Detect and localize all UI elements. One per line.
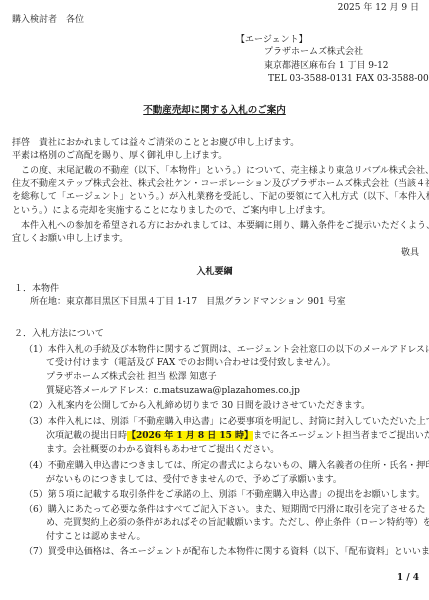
item-1-contact: プラザホームズ株式会社 担当 松澤 知恵子 xyxy=(46,372,217,383)
sender-contact: TEL 03-3588-0131 FAX 03-3588-0092 xyxy=(268,74,429,85)
item-5: （5）第５項に記載する取引条件をご承諾の上、別添「不動産購入申込書」の提出をお願… xyxy=(24,490,425,501)
addressee: 購入検討者 各位 xyxy=(12,15,84,26)
intro-paragraph-line-1: この度、末尾記載の不動産（以下、「本物件」という。）について、売主様より東急リバ… xyxy=(12,166,429,177)
item-1-line-2: て受け付けます（電話及び FAX でのお問い合わせは受付致しません）。 xyxy=(46,358,336,369)
submission-deadline-highlight: 【2026 年 1 月 8 日 15 時】 xyxy=(127,431,253,441)
item-6-line-2: め、売買契約上必須の条件があればその旨記載願います。ただし、停止条件（ローン特約… xyxy=(46,518,429,529)
item-3-line-3: ます。会社概要のわかる資料もあわせてご提出ください。 xyxy=(46,445,279,456)
item-3-line-2: 次項記載の提出日時【2026 年 1 月 8 日 15 時】までに各エージェント… xyxy=(46,431,429,442)
request-paragraph-line-1: 本件入札への参加を希望される方におかれましては、本要綱に則り、購入条件をご提示い… xyxy=(12,221,429,232)
section-2-heading: ２．入札方法について xyxy=(14,329,104,340)
item-3-line-2-pre: 次項記載の提出日時 xyxy=(46,431,127,441)
section-1-heading: １．本物件 xyxy=(14,284,59,295)
closing-keigu: 敬具 xyxy=(401,248,419,259)
item-3-line-2-post: までに各エージェント担当者までご提出いただき xyxy=(253,431,429,441)
letter-date: 2025 年 12 月 9 日 xyxy=(338,3,419,14)
property-location: 所在地：東京都目黒区下目黒４丁目 1-17 目黒グランドマンション 901 号室 xyxy=(30,297,346,308)
page-number: 1 / 4 xyxy=(397,573,419,584)
item-4-line-1: （4）不動産購入申込書につきましては、所定の書式によらないもの、購入名義者の住所… xyxy=(24,461,429,472)
item-6-line-1: （6）購入にあたって必要な条件はすべてご記入下さい。また、短期間で円滑に取引を完… xyxy=(24,505,426,516)
item-1-line-1: （1）本件入札の手続及び本物件に関するご質問は、エージェント会社窓口の以下のメー… xyxy=(24,345,429,356)
greeting-line-1: 拝啓 貴社におかれましては益々ご清栄のこととお慶び申し上げます。 xyxy=(12,138,299,149)
item-7-line-1: （7）買受申込価格は、各エージェントが配布した本物件に関する資料（以下、「配布資… xyxy=(24,547,429,558)
intro-paragraph-line-3: を総称して「エージェント」という。）が入札業務を受託し、下記の要領にて入札方式（… xyxy=(12,192,429,203)
intro-paragraph-line-4: という。）による売却を実施することになりましたので、ご案内申し上げます。 xyxy=(12,206,331,217)
intro-paragraph-line-2: 住友不動産ステップ株式会社、株式会社ケン・コーポレーション及びプラザホームズ株式… xyxy=(12,179,429,190)
item-4-line-2: がないものにつきましては、受付できませんので、予めご了承願います。 xyxy=(46,475,342,486)
item-1-email: 質疑応答メールアドレス：c.matsuzawa@plazahomes.co.jp xyxy=(46,386,300,397)
outline-heading: 入札要綱 xyxy=(0,267,429,278)
item-2: （2）入札案内を公開してから入札締め切りまで 30 日間を設けさせていただきます… xyxy=(24,401,370,412)
sender-address: 東京都港区麻布台 1 丁目 9-12 xyxy=(264,61,389,72)
item-6-line-3: 付すことは認めません。 xyxy=(46,532,146,543)
item-3-line-1: （3）本件入札には、別添「不動産購入申込書」に必要事項を明記し、封筒に封入してい… xyxy=(24,417,429,428)
sender-label: 【エージェント】 xyxy=(236,35,308,46)
sender-company: プラザホームズ株式会社 xyxy=(264,47,363,58)
greeting-line-2: 平素は格別のご高配を賜り、厚く御礼申し上げます。 xyxy=(12,151,227,162)
request-paragraph-line-2: 宜しくお願い申し上げます。 xyxy=(12,234,128,245)
document-title: 不動産売却に関する入札のご案内 xyxy=(0,105,429,116)
